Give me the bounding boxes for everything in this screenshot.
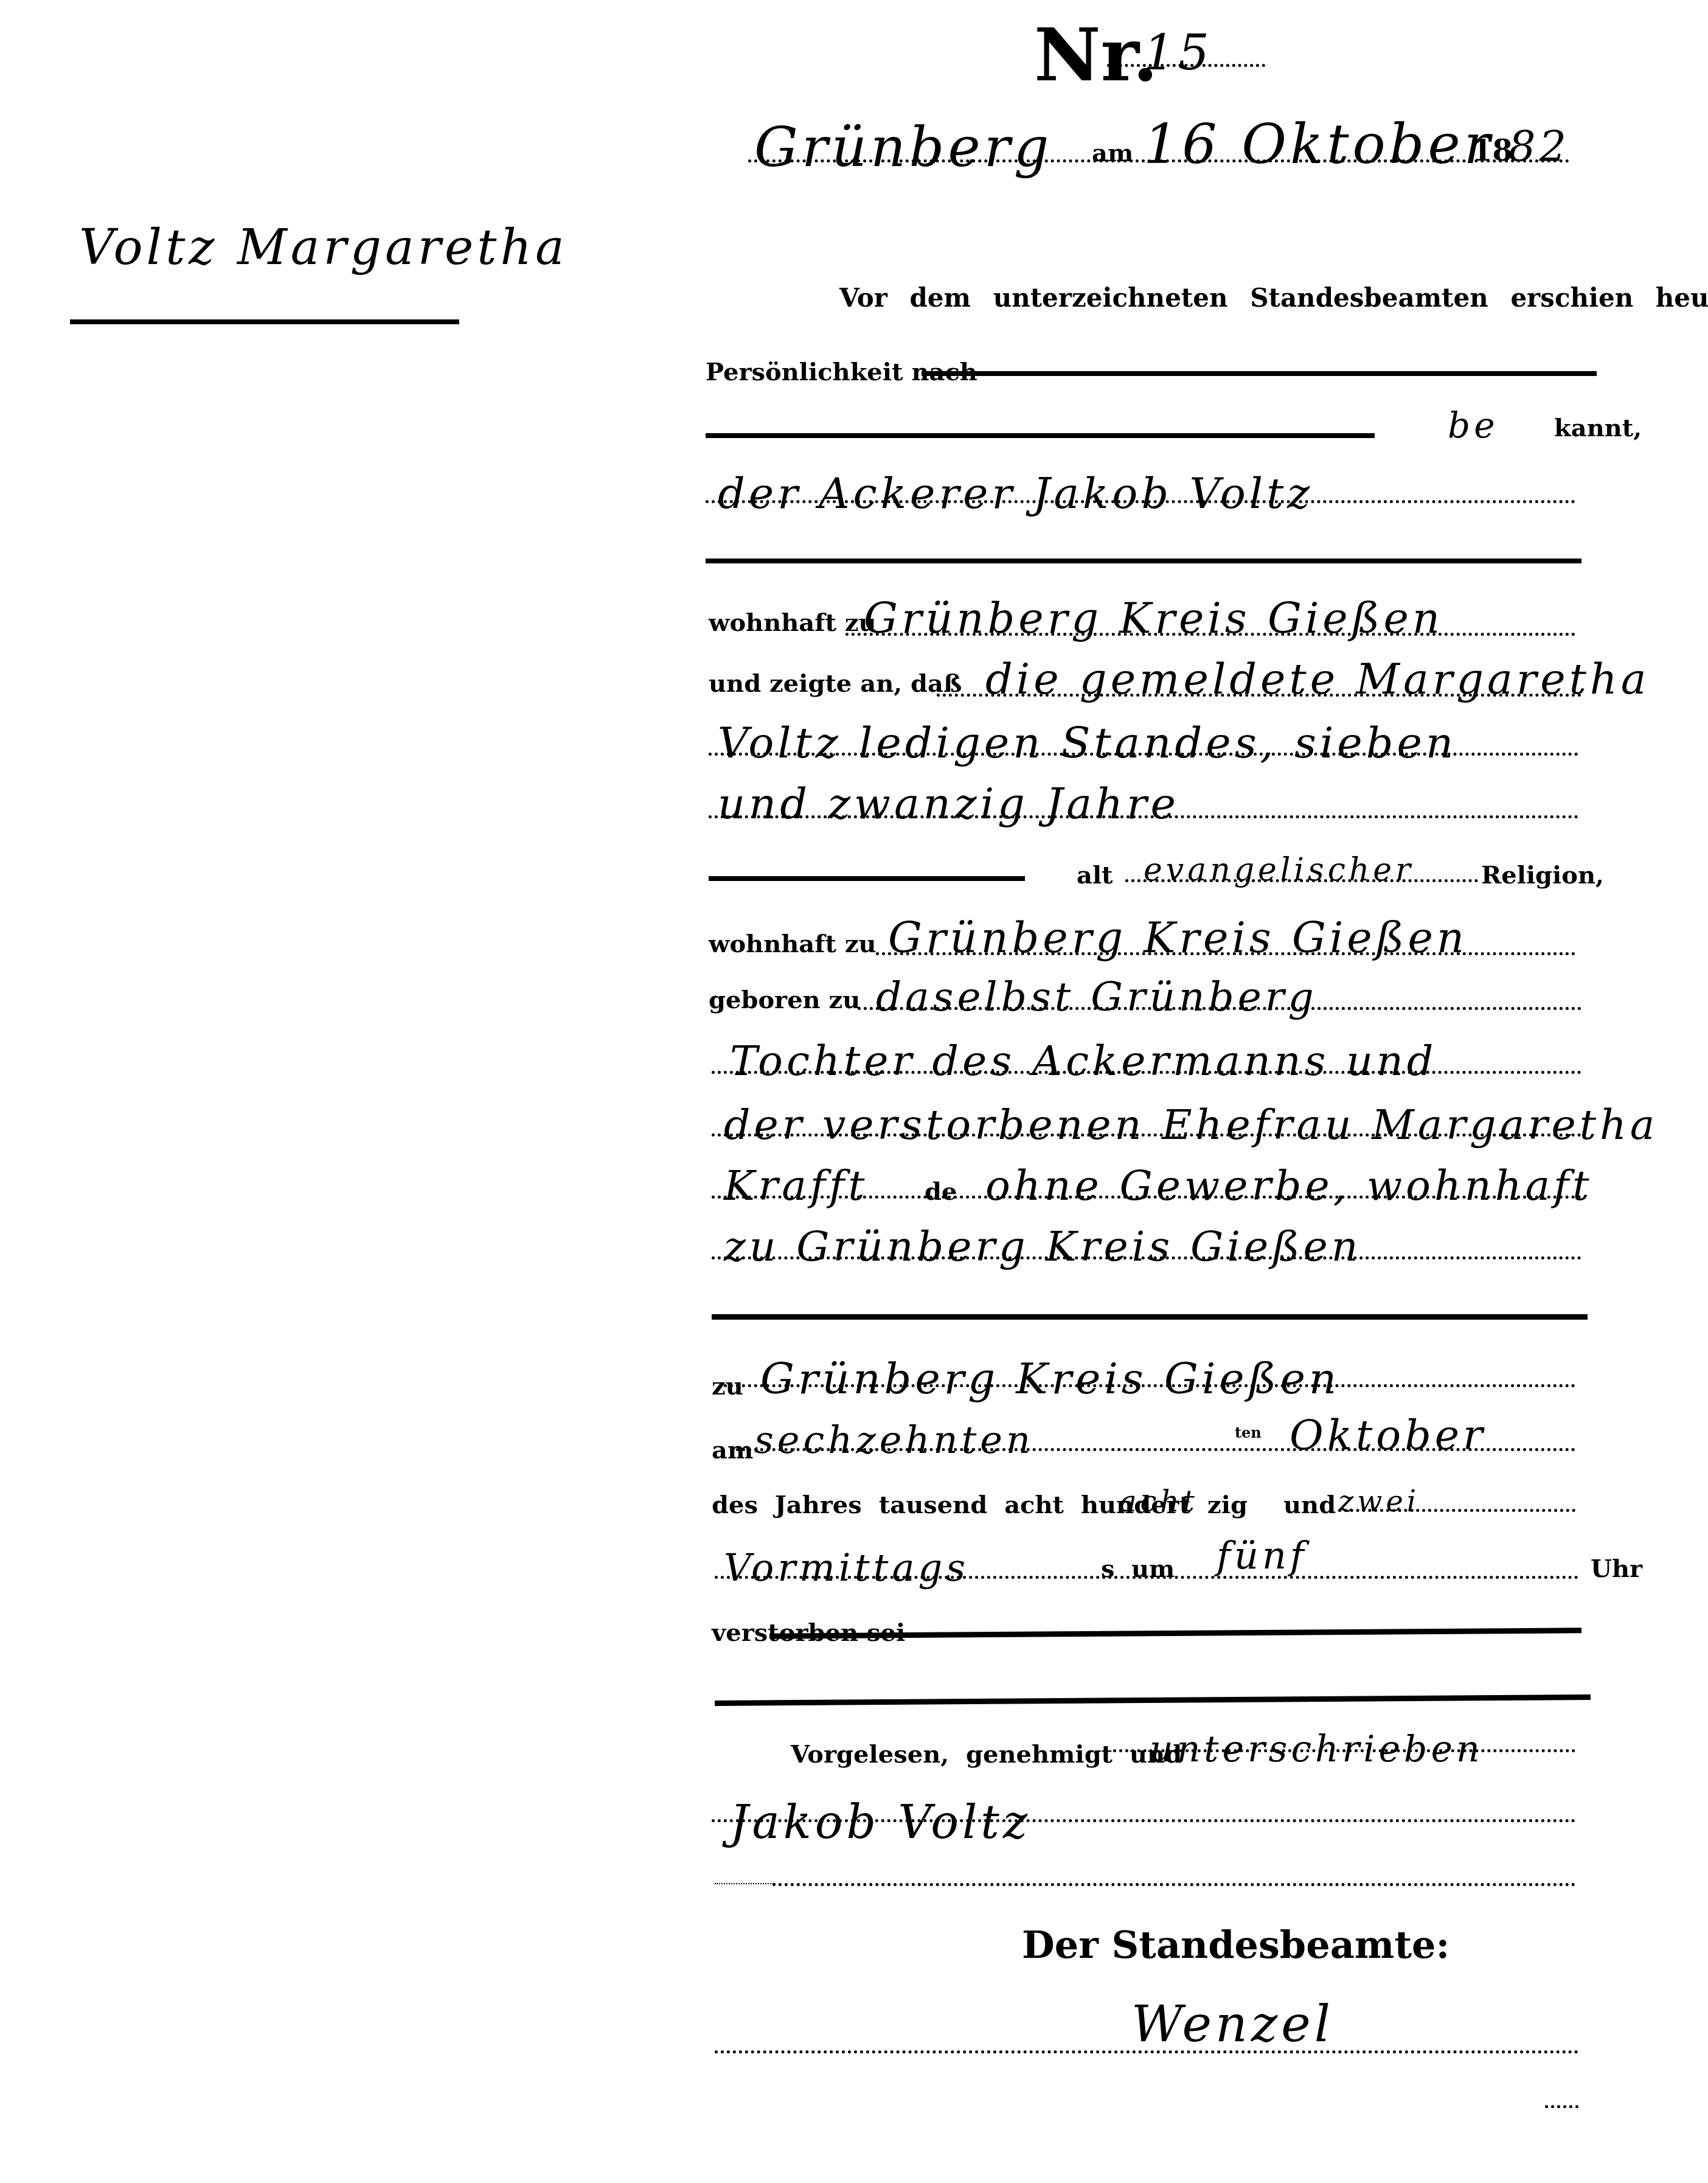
signature-line-2 — [772, 1883, 1575, 1886]
date-line — [748, 159, 1569, 162]
signature-line-1 — [712, 1819, 1575, 1822]
signature-line-2b — [715, 1883, 776, 1884]
reported-value-2: Voltz ledigen Standes, sieben — [718, 718, 1457, 768]
number-line — [1107, 64, 1265, 67]
death-day-value: sechzehnten — [754, 1418, 1034, 1462]
parents-line-2: der verstorbenen Ehefrau Margaretha — [724, 1101, 1658, 1149]
religion-line — [1125, 879, 1478, 882]
parents-rule-1 — [712, 1071, 1581, 1074]
year-line — [1338, 1509, 1575, 1512]
de-label: de — [925, 1177, 957, 1206]
death-day-line — [736, 1448, 1575, 1451]
parents-rule-2 — [712, 1133, 1581, 1137]
parents-line-4: zu Grünberg Kreis Gießen — [724, 1223, 1362, 1271]
born-value: daselbst Grünberg — [876, 973, 1317, 1020]
death-place-line — [724, 1384, 1575, 1387]
reported-line-1 — [937, 694, 1581, 697]
religion-label: Religion, — [1481, 861, 1604, 890]
residence-label-2: wohnhaft zu — [709, 930, 877, 958]
read-label: Vorgelesen, genehmigt und — [791, 1740, 1182, 1769]
parents-rule-4 — [712, 1256, 1581, 1259]
known-hand: be — [1448, 405, 1498, 446]
reported-label: und zeigte an, daß — [709, 669, 962, 698]
year-unit-value: zwei — [1338, 1485, 1420, 1519]
known-print: kannt, — [1554, 414, 1642, 442]
time-line — [715, 1576, 1578, 1579]
born-line — [858, 1007, 1581, 1010]
religion-value: evangelischer — [1144, 852, 1414, 888]
parents-rule-3 — [712, 1196, 1581, 1199]
reported-value-3: und zwanzig Jahre — [718, 779, 1179, 829]
born-label: geboren zu — [709, 986, 860, 1014]
official-signature: Wenzel — [1131, 1996, 1334, 2053]
margin-name-note: Voltz Margaretha — [79, 219, 568, 276]
rule-4 — [712, 1314, 1588, 1320]
date-value: 16 Oktober — [1144, 113, 1494, 176]
official-title: Der Standesbeamte: — [1022, 1923, 1449, 1967]
informant-line — [706, 500, 1575, 503]
read-line — [1113, 1749, 1575, 1752]
rule-5 — [715, 1694, 1591, 1706]
residence-line-2 — [876, 952, 1575, 955]
parents-line-1: Tochter des Ackermanns und — [730, 1037, 1437, 1085]
rule-3 — [706, 559, 1581, 563]
place-value: Grünberg — [754, 116, 1052, 179]
death-place-value: Grünberg Kreis Gießen — [760, 1354, 1340, 1404]
death-day-suffix: ten — [1235, 1424, 1262, 1441]
intro-line-1: Vor dem unterzeichneten Standesbeamten e… — [839, 283, 1708, 313]
informant-name: der Ackerer Jakob Voltz — [718, 468, 1313, 518]
parents-line-3b: ohne Gewerbe, wohnhaft — [985, 1162, 1592, 1210]
year-label-3: und — [1283, 1491, 1336, 1519]
time-hour-value: fünf — [1217, 1533, 1308, 1578]
reported-line-3 — [709, 815, 1578, 818]
register-number-label: Nr. — [1034, 12, 1158, 98]
date-prefix: am — [1092, 139, 1133, 167]
rule-1 — [922, 371, 1597, 376]
time-value: Vormittags — [724, 1545, 969, 1590]
age-rule — [709, 876, 1025, 881]
margin-underline — [70, 319, 459, 324]
age-label: alt — [1077, 861, 1113, 890]
death-month-value: Oktober — [1290, 1412, 1487, 1460]
official-line-tail — [1545, 2105, 1578, 2108]
parents-line-3: Krafft — [724, 1162, 869, 1210]
time-uhr: Uhr — [1591, 1555, 1642, 1583]
year-prefix: 18 — [1472, 134, 1513, 168]
register-number-value: 15 — [1144, 24, 1213, 81]
year-decade-value: acht — [1119, 1485, 1198, 1519]
reported-line-2 — [709, 753, 1578, 756]
official-line — [715, 2050, 1578, 2053]
year-label-2: zig — [1207, 1491, 1248, 1519]
residence-line-1 — [845, 633, 1575, 636]
rule-2 — [706, 433, 1375, 438]
year-suffix: 82 — [1508, 122, 1570, 172]
